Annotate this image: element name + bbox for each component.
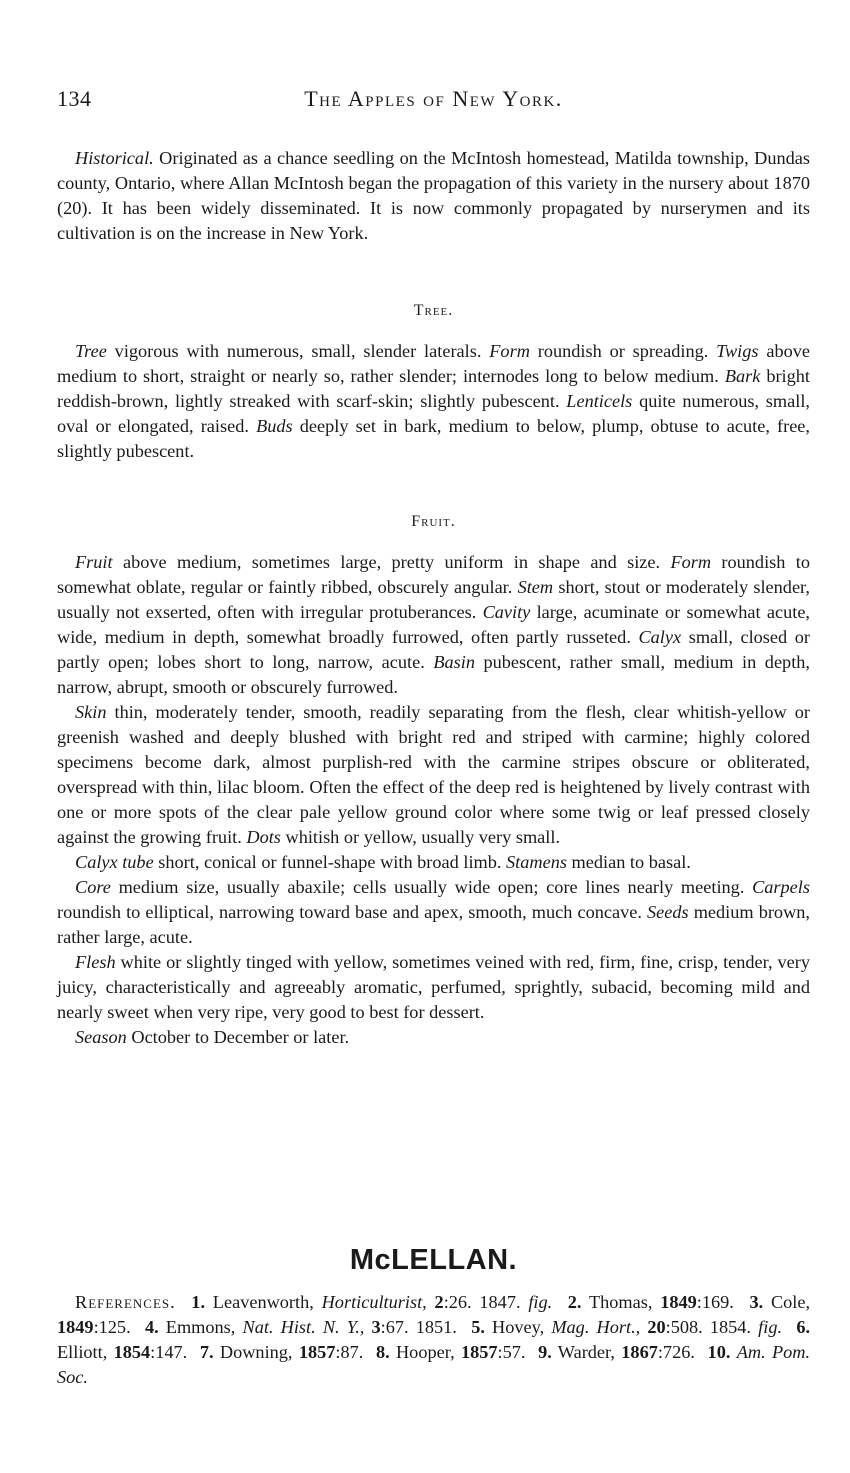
- term-skin: Skin: [75, 702, 106, 722]
- fruit-paragraph-1: Fruit above medium, sometimes large, pre…: [57, 550, 810, 700]
- desc-text: October to December or later.: [127, 1027, 349, 1047]
- term-calyx-tube: Calyx tube: [75, 852, 154, 872]
- reference-item: 8. Hooper, 1857:57.: [376, 1342, 526, 1362]
- term-twigs: Twigs: [716, 341, 758, 361]
- reference-item: 7. Downing, 1857:87.: [200, 1342, 363, 1362]
- historical-text: Originated as a chance seedling on the M…: [57, 148, 810, 243]
- term-basin: Basin: [433, 652, 475, 672]
- reference-item: 5. Hovey, Mag. Hort., 20:508. 1854. fig.: [471, 1317, 782, 1337]
- term-buds: Buds: [256, 416, 293, 436]
- desc-text: medium size, usually abaxile; cells usua…: [111, 877, 752, 897]
- term-stem: Stem: [518, 577, 554, 597]
- term-core: Core: [75, 877, 111, 897]
- desc-text: roundish or spreading.: [530, 341, 716, 361]
- fruit-paragraph-flesh: Flesh white or slightly tinged with yell…: [57, 950, 810, 1025]
- references-label: References.: [75, 1292, 176, 1312]
- reference-item: 2. Thomas, 1849:169.: [568, 1292, 734, 1312]
- desc-text: short, conical or funnel-shape with broa…: [154, 852, 506, 872]
- variety-title: McLELLAN.: [57, 1244, 810, 1277]
- fruit-paragraphs: Fruit above medium, sometimes large, pre…: [57, 550, 810, 1050]
- reference-item: 4. Emmons, Nat. Hist. N. Y., 3:67. 1851.: [145, 1317, 457, 1337]
- term-fruit: Fruit: [75, 552, 113, 572]
- section-heading-fruit: Fruit.: [57, 513, 810, 531]
- desc-text: median to basal.: [567, 852, 691, 872]
- desc-text: thin, moderately tender, smooth, readily…: [57, 702, 810, 847]
- desc-text: above medium, sometimes large, pretty un…: [113, 552, 671, 572]
- term-flesh: Flesh: [75, 952, 116, 972]
- reference-item: 1. Leavenworth, Horticulturist, 2:26. 18…: [191, 1292, 552, 1312]
- term-season: Season: [75, 1027, 127, 1047]
- term-tree: Tree: [75, 341, 107, 361]
- term-calyx: Calyx: [638, 627, 681, 647]
- desc-text: roundish to elliptical, narrowing toward…: [57, 902, 647, 922]
- term-bark: Bark: [725, 366, 761, 386]
- term-form: Form: [670, 552, 711, 572]
- historical-label: Historical.: [75, 148, 154, 168]
- tree-paragraph: Tree vigorous with numerous, small, slen…: [57, 339, 810, 464]
- desc-text: white or slightly tinged with yellow, so…: [57, 952, 810, 1022]
- term-form: Form: [489, 341, 530, 361]
- fruit-paragraph-skin: Skin thin, moderately tender, smooth, re…: [57, 700, 810, 850]
- term-seeds: Seeds: [647, 902, 689, 922]
- section-heading-tree: Tree.: [57, 302, 810, 320]
- term-cavity: Cavity: [483, 602, 531, 622]
- references-paragraph: References. 1. Leavenworth, Horticulturi…: [57, 1290, 810, 1390]
- fruit-paragraph-season: Season October to December or later.: [57, 1025, 810, 1050]
- fruit-paragraph-calyx-tube: Calyx tube short, conical or funnel-shap…: [57, 850, 810, 875]
- desc-text: whitish or yellow, usually very small.: [281, 827, 560, 847]
- term-dots: Dots: [246, 827, 281, 847]
- reference-item: 9. Warder, 1867:726.: [538, 1342, 695, 1362]
- historical-paragraph: Historical. Originated as a chance seedl…: [57, 146, 810, 246]
- running-head: 134 The Apples of New York.: [57, 86, 810, 116]
- running-title: The Apples of New York.: [57, 86, 810, 112]
- fruit-paragraph-core: Core medium size, usually abaxile; cells…: [57, 875, 810, 950]
- term-stamens: Stamens: [506, 852, 567, 872]
- desc-text: vigorous with numerous, small, slender l…: [107, 341, 489, 361]
- term-lenticels: Lenticels: [566, 391, 632, 411]
- term-carpels: Carpels: [752, 877, 810, 897]
